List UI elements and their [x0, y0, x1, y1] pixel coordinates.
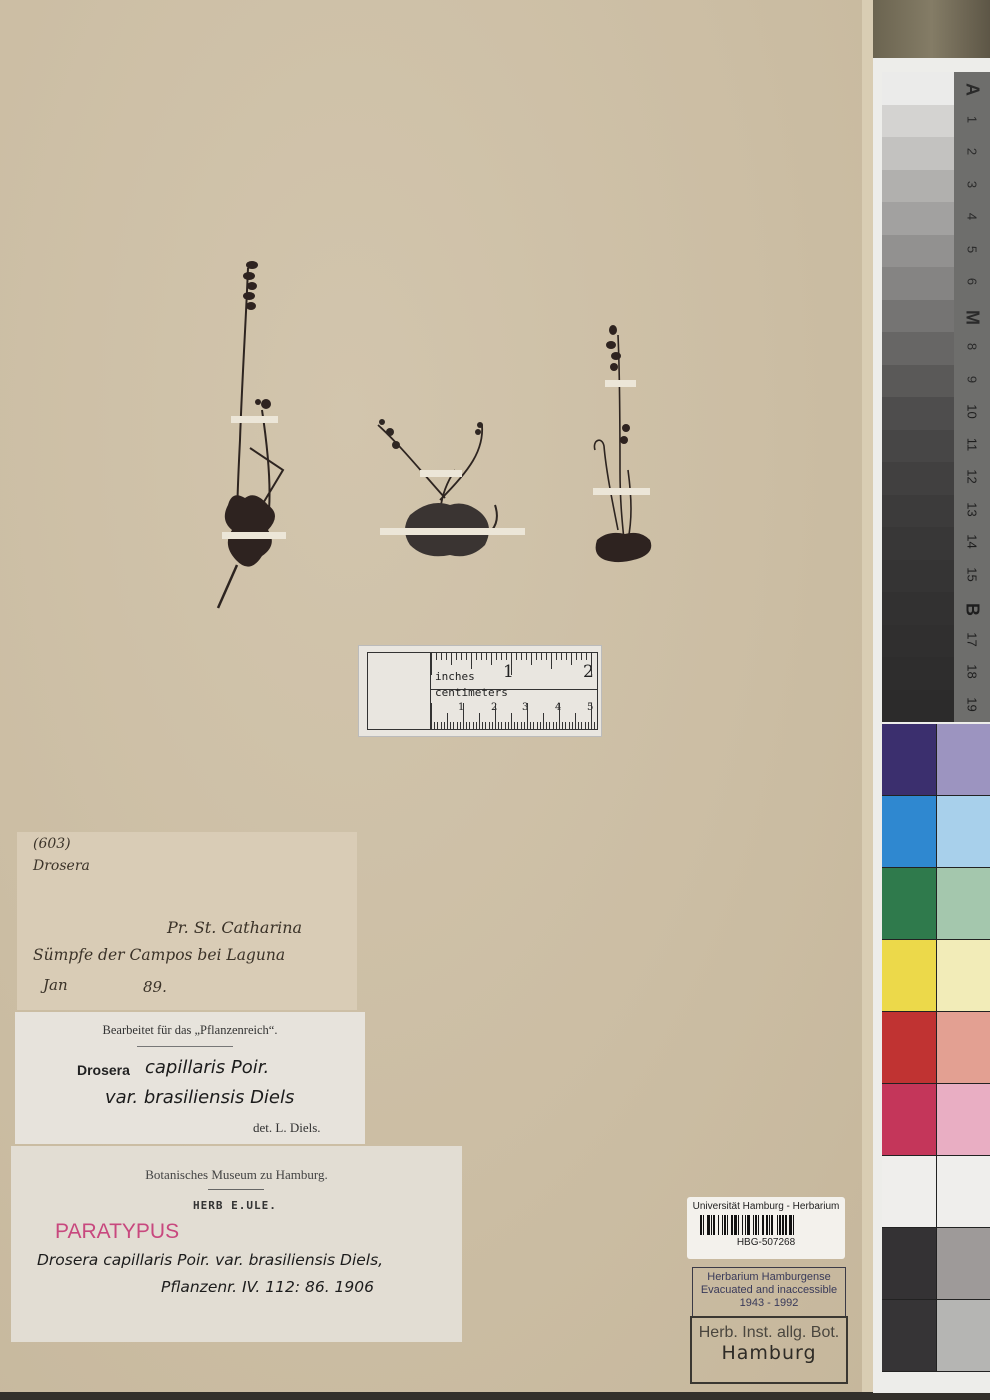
divider — [137, 1046, 233, 1047]
color-swatch — [937, 1084, 990, 1155]
measurement-ruler: inches 1 2 centimeters 1 2 3 4 5 — [358, 645, 602, 737]
collector-label: (603) Drosera Pr. St. Catharina Sümpfe d… — [17, 832, 357, 1010]
divider — [208, 1189, 264, 1190]
gray-scale-label: 18 — [965, 654, 980, 690]
swatch-row — [882, 724, 990, 796]
gray-step — [882, 332, 954, 365]
gray-step — [882, 690, 954, 723]
mounting-tape — [605, 380, 636, 387]
gray-step — [882, 527, 954, 560]
gray-step — [882, 625, 954, 658]
color-swatch — [882, 796, 937, 867]
species-handwritten: capillaris Poir. — [145, 1057, 269, 1078]
collection-year: 89. — [143, 978, 167, 996]
gray-scale-label: 19 — [965, 686, 980, 722]
mounting-tape — [593, 488, 650, 495]
gray-step — [882, 137, 954, 170]
color-swatch — [937, 796, 990, 867]
color-swatch — [882, 1228, 937, 1299]
gray-step — [882, 462, 954, 495]
gray-step — [882, 495, 954, 528]
color-swatch — [937, 1300, 990, 1371]
color-swatch — [882, 1012, 937, 1083]
museum-label: Botanisches Museum zu Hamburg. HERB E.UL… — [11, 1146, 462, 1342]
gray-step — [882, 300, 954, 333]
gray-step — [882, 267, 954, 300]
institute-stamp: Herb. Inst. allg. Bot. Hamburg — [690, 1316, 848, 1384]
gray-scale-strip — [882, 72, 954, 722]
mounting-tape — [420, 470, 462, 477]
gray-scale-label: 15 — [965, 556, 980, 592]
gray-scale-labels: A123456M89101112131415B171819 — [954, 72, 990, 722]
barcode-title: Universität Hamburg - Herbarium — [687, 1201, 845, 1212]
gray-step — [882, 560, 954, 593]
color-swatch — [882, 724, 937, 795]
color-swatch — [882, 1156, 937, 1227]
type-status-stamp: PARATYPUS — [55, 1220, 179, 1244]
gray-scale-label: 10 — [965, 394, 980, 430]
gray-step — [882, 202, 954, 235]
stamp-line: Evacuated and inaccessible — [693, 1284, 845, 1297]
color-swatch — [937, 1012, 990, 1083]
swatch-row — [882, 1300, 990, 1372]
barcode — [700, 1215, 832, 1235]
gray-step — [882, 430, 954, 463]
color-swatch — [882, 868, 937, 939]
stamp-line: Herbarium Hamburgense — [693, 1271, 845, 1284]
color-swatches — [882, 724, 990, 1372]
color-swatch — [882, 1300, 937, 1371]
citation-line-2: Pflanzenr. IV. 112: 86. 1906 — [161, 1278, 374, 1296]
barcode-id: HBG-507268 — [687, 1237, 845, 1248]
gray-step — [882, 235, 954, 268]
swatch-row — [882, 1228, 990, 1300]
gray-step — [882, 365, 954, 398]
mounting-tape — [222, 532, 286, 539]
inches-label: inches — [435, 670, 475, 683]
inch-number: 2 — [583, 662, 594, 682]
gray-scale-label: 13 — [965, 491, 980, 527]
chart-holder — [873, 0, 990, 58]
label-header: Bearbeitet für das „Pflanzenreich“. — [15, 1023, 365, 1038]
stamp-line: 1943 - 1992 — [693, 1297, 845, 1310]
determination-label: Bearbeitet für das „Pflanzenreich“. Dros… — [15, 1012, 365, 1144]
swatch-row — [882, 1084, 990, 1156]
centimeters-label: centimeters — [435, 686, 508, 699]
gray-scale-label: 5 — [965, 231, 980, 267]
collection-month: Jan — [43, 976, 68, 994]
gray-scale-label: 2 — [965, 134, 980, 170]
gray-scale-label: 14 — [965, 524, 980, 560]
color-swatch — [937, 724, 990, 795]
gray-scale-label: 1 — [965, 101, 980, 137]
color-swatch — [882, 1084, 937, 1155]
stamp-line: Hamburg — [692, 1342, 846, 1364]
gray-step — [882, 105, 954, 138]
swatch-row — [882, 940, 990, 1012]
swatch-row — [882, 1156, 990, 1228]
gray-scale-label: 3 — [965, 166, 980, 202]
swatch-row — [882, 1012, 990, 1084]
color-swatch — [937, 868, 990, 939]
gray-scale-label: 4 — [965, 199, 980, 235]
citation-line-1: Drosera capillaris Poir. var. brasiliens… — [37, 1251, 383, 1269]
plant-specimen-right — [0, 0, 1, 1]
locality: Sümpfe der Campos bei Laguna — [33, 946, 285, 964]
barcode-label: Universität Hamburg - Herbarium HBG-5072… — [687, 1197, 845, 1259]
collection-number: (603) — [33, 836, 71, 852]
color-swatch — [882, 940, 937, 1011]
color-swatch — [937, 1228, 990, 1299]
gray-scale-label: 11 — [965, 426, 980, 462]
gray-scale-label: 12 — [965, 459, 980, 495]
color-swatch — [937, 1156, 990, 1227]
swatch-row — [882, 796, 990, 868]
gray-scale-label: 9 — [965, 361, 980, 397]
swatch-row — [882, 868, 990, 940]
gray-step — [882, 657, 954, 690]
genus-printed: Drosera — [77, 1062, 130, 1078]
gray-step — [882, 170, 954, 203]
inch-number: 1 — [503, 662, 514, 682]
stamp-line: Herb. Inst. allg. Bot. — [692, 1324, 846, 1342]
institution-name: Botanisches Museum zu Hamburg. — [11, 1167, 462, 1183]
genus-handwritten: Drosera — [33, 858, 90, 874]
color-swatch — [937, 940, 990, 1011]
determiner: det. L. Diels. — [253, 1120, 321, 1136]
gray-step — [882, 72, 954, 105]
scanner-background — [0, 1392, 990, 1400]
gray-step — [882, 592, 954, 625]
gray-scale-label: 17 — [965, 621, 980, 657]
evacuation-stamp: Herbarium Hamburgense Evacuated and inac… — [692, 1267, 846, 1317]
gray-scale-label: 6 — [965, 264, 980, 300]
gray-scale-label: 8 — [965, 329, 980, 365]
province: Pr. St. Catharina — [167, 918, 302, 937]
gray-step — [882, 397, 954, 430]
mounting-tape — [231, 416, 278, 423]
variety-handwritten: var. brasiliensis Diels — [105, 1087, 294, 1108]
mounting-tape — [380, 528, 525, 535]
herbarium-stamp: HERB E.ULE. — [193, 1199, 277, 1212]
